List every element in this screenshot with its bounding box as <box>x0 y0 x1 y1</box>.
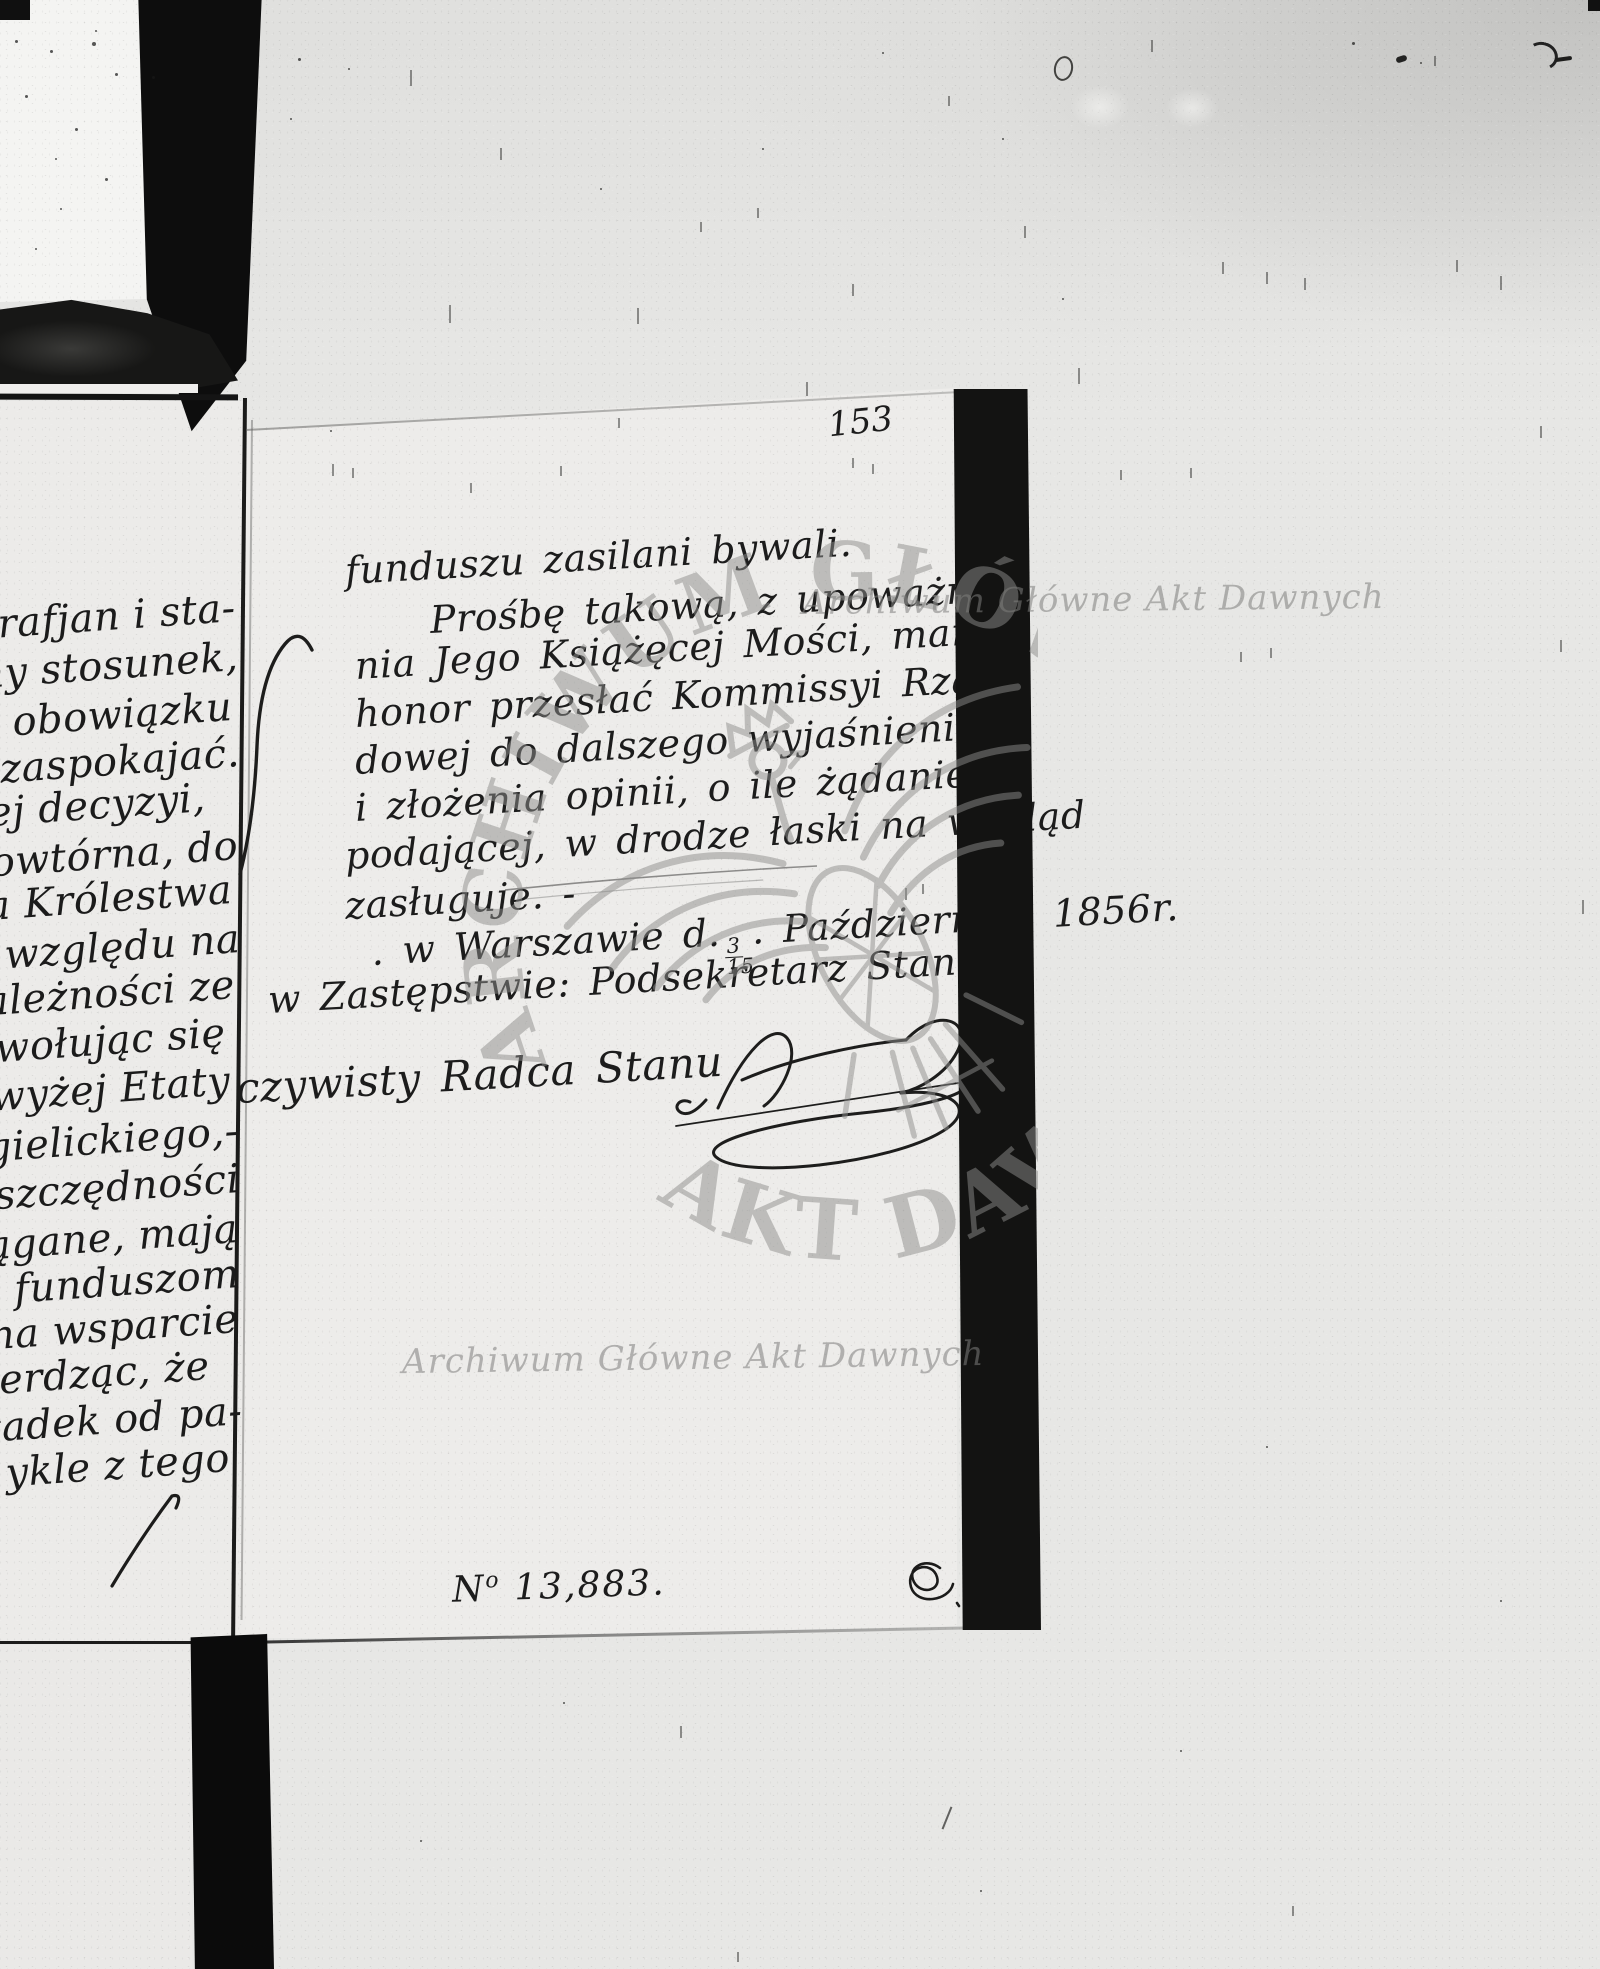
paper-speck <box>290 118 292 120</box>
paper-speck <box>330 430 332 432</box>
film-scratch-tick <box>352 468 354 478</box>
paper-speck <box>980 1890 982 1892</box>
film-scratch-tick <box>1582 900 1584 914</box>
paper-speck <box>152 76 155 79</box>
paper-speck <box>1266 1446 1268 1448</box>
film-scratch-tick <box>1270 648 1272 658</box>
film-scratch-tick <box>1078 368 1080 384</box>
film-scratch-tick <box>1434 56 1436 66</box>
paper-speck <box>95 30 97 32</box>
paper-speck <box>115 73 118 76</box>
ink-flourishes <box>0 0 1600 1969</box>
paper-speck <box>75 128 78 131</box>
paper-speck <box>25 95 28 98</box>
film-scratch-tick <box>700 222 702 232</box>
film-scratch-tick <box>852 458 854 468</box>
film-scratch-tick <box>737 1952 739 1962</box>
paper-speck <box>35 248 37 250</box>
paper-speck <box>1062 298 1064 300</box>
paper-speck <box>60 208 62 210</box>
paper-speck <box>762 148 764 150</box>
film-scratch-tick <box>1292 1906 1294 1916</box>
film-scratch-tick <box>852 284 854 296</box>
paper-speck <box>50 50 53 53</box>
film-scratch-tick <box>1151 40 1153 52</box>
paper-speck <box>420 1840 422 1842</box>
film-scratch-tick <box>500 148 502 160</box>
scanned-manuscript-page: 153 funduszu zasilani bywali.Prośbę tako… <box>0 0 1600 1969</box>
film-scratch-tick <box>680 1726 682 1738</box>
film-scratch-tick <box>1560 640 1562 652</box>
film-scratch-tick <box>905 888 907 900</box>
paper-speck <box>1500 1600 1502 1602</box>
paper-speck <box>640 560 642 562</box>
film-splice-black-stripe <box>951 389 1041 1630</box>
underline-laski-2 <box>525 880 763 899</box>
left-page-flourish <box>112 1496 179 1587</box>
paper-speck <box>1352 42 1355 45</box>
paper-speck <box>563 1702 565 1704</box>
film-scratch-tick <box>806 382 808 396</box>
film-scratch-tick <box>1456 260 1458 272</box>
film-scratch-tick <box>560 466 562 476</box>
paper-speck <box>298 58 301 61</box>
signature <box>676 1020 972 1168</box>
film-scratch-tick <box>1500 276 1502 290</box>
corner-black-sliver <box>1588 0 1600 11</box>
film-scratch-tick <box>757 208 759 218</box>
paper-speck <box>348 68 350 70</box>
paper-speck <box>15 40 18 43</box>
film-scratch-tick <box>332 464 334 476</box>
film-scratch-tick <box>1120 470 1122 480</box>
film-scratch-tick <box>1266 272 1268 284</box>
marginal-stroke <box>240 636 312 874</box>
clerk-paraph <box>910 1563 959 1606</box>
film-scratch-tick <box>470 483 472 493</box>
paper-speck <box>1002 138 1004 140</box>
film-scratch-tick <box>922 884 924 894</box>
paper-speck <box>55 158 57 160</box>
film-scratch-tick <box>1190 468 1192 478</box>
film-scratch-tick <box>948 96 950 106</box>
paper-speck <box>600 188 602 190</box>
paper-speck <box>1420 62 1422 64</box>
film-scratch-tick <box>1222 262 1224 274</box>
film-scratch-tick <box>449 305 451 323</box>
paper-speck <box>882 52 884 54</box>
film-scratch-tick <box>410 70 412 86</box>
paper-speck <box>105 178 108 181</box>
film-scratch-tick <box>637 308 639 324</box>
film-scratch-tick <box>872 464 874 474</box>
film-scratch-tick <box>1304 278 1306 290</box>
film-scratch-tick <box>1540 426 1542 438</box>
film-scratch-tick <box>618 418 620 428</box>
film-scratch-tick <box>1240 652 1242 662</box>
film-scratch-tick <box>1024 226 1026 238</box>
paper-speck <box>92 42 96 46</box>
paper-speck <box>1180 1750 1182 1752</box>
